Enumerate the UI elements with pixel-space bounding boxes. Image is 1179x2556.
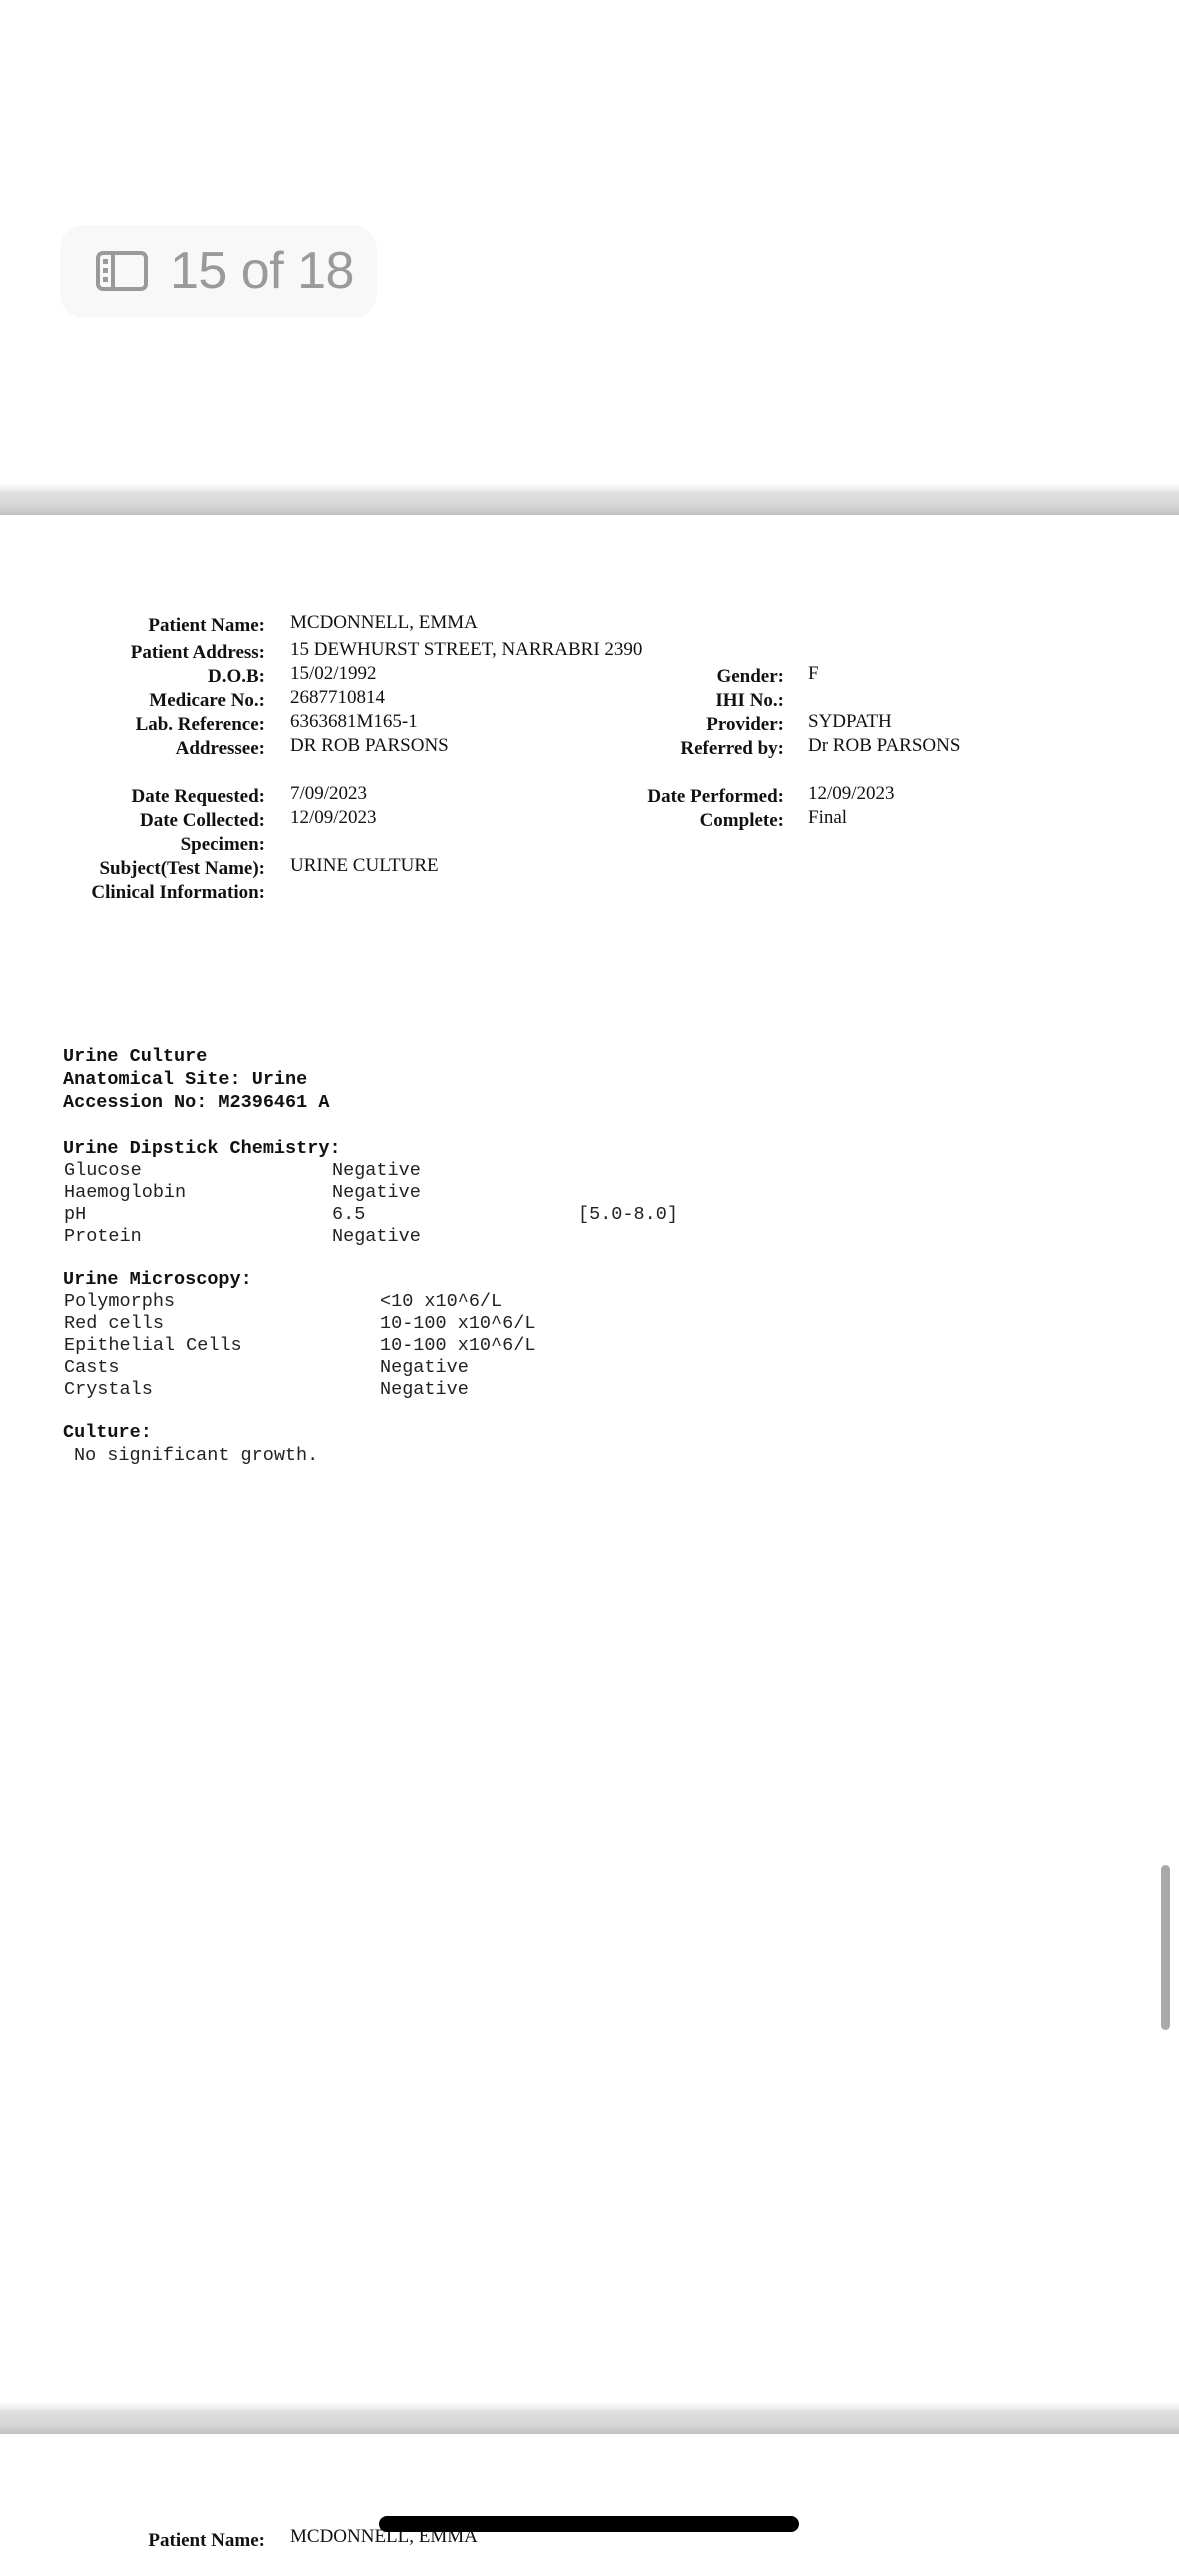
patient-field-value: DR ROB PARSONS [290,735,449,757]
patient-field-value: 15 DEWHURST STREET, NARRABRI 2390 [290,639,642,661]
provider-field-label: IHI No.: [715,690,784,712]
status-field-label: Complete: [700,810,784,832]
home-indicator[interactable] [379,2516,799,2532]
patient-field-label: Addressee: [176,738,265,760]
request-field-label: Clinical Information: [91,882,265,904]
dipstick-name: Glucose [64,1160,142,1182]
microscopy-value: Negative [380,1379,469,1401]
patient-field-value: 2687710814 [290,687,385,709]
scrollbar[interactable] [1161,1865,1170,2030]
page-separator [0,489,1179,515]
patient-field-label: Patient Name: [148,615,265,637]
patient-field-value: 6363681M165-1 [290,711,418,733]
microscopy-value: Negative [380,1357,469,1379]
microscopy-name: Red cells [64,1313,164,1335]
culture-heading: Culture: [63,1422,152,1444]
microscopy-value: 10-100 x10^6/L [380,1313,535,1335]
dipstick-value: Negative [332,1182,421,1204]
microscopy-name: Polymorphs [64,1291,175,1313]
provider-field-label: Referred by: [680,738,784,760]
culture-result: No significant growth. [74,1445,318,1467]
provider-field-value: F [808,663,819,685]
status-field-value: 12/09/2023 [808,783,895,805]
result-title: Urine Culture [63,1046,207,1068]
accession-number: Accession No: M2396461 A [63,1092,329,1114]
microscopy-value: <10 x10^6/L [380,1291,502,1313]
dipstick-value: Negative [332,1160,421,1182]
next-page-label: Patient Name: [148,2530,265,2552]
provider-field-label: Gender: [716,666,784,688]
dipstick-value: 6.5 [332,1204,365,1226]
page-count-text: 15 of 18 [170,241,354,301]
patient-field-label: Patient Address: [131,642,265,664]
request-field-label: Subject(Test Name): [99,858,265,880]
anatomical-site: Anatomical Site: Urine [63,1069,307,1091]
request-field-label: Date Requested: [131,786,265,808]
request-field-value: 7/09/2023 [290,783,367,805]
request-field-value: 12/09/2023 [290,807,377,829]
request-field-label: Specimen: [181,834,265,856]
microscopy-value: 10-100 x10^6/L [380,1335,535,1357]
patient-field-label: Medicare No.: [149,690,265,712]
page-indicator[interactable]: 15 of 18 [60,225,377,318]
page-separator [0,2408,1179,2434]
request-field-value: URINE CULTURE [290,855,439,877]
dipstick-value: Negative [332,1226,421,1248]
microscopy-name: Crystals [64,1379,153,1401]
request-field-label: Date Collected: [140,810,265,832]
dipstick-range: [5.0-8.0] [578,1204,678,1226]
status-field-label: Date Performed: [647,786,784,808]
status-field-value: Final [808,807,847,829]
patient-field-value: 15/02/1992 [290,663,377,685]
provider-field-value: SYDPATH [808,711,892,733]
sidebar-thumbnails-icon [96,251,148,291]
dipstick-heading: Urine Dipstick Chemistry: [63,1138,341,1160]
dipstick-name: Protein [64,1226,142,1248]
dipstick-name: pH [64,1204,86,1226]
provider-field-label: Provider: [706,714,784,736]
provider-field-value: Dr ROB PARSONS [808,735,960,757]
microscopy-name: Epithelial Cells [64,1335,242,1357]
patient-field-value: MCDONNELL, EMMA [290,612,478,634]
dipstick-name: Haemoglobin [64,1182,186,1204]
microscopy-name: Casts [64,1357,120,1379]
patient-field-label: D.O.B: [208,666,265,688]
patient-field-label: Lab. Reference: [136,714,265,736]
microscopy-heading: Urine Microscopy: [63,1269,252,1291]
